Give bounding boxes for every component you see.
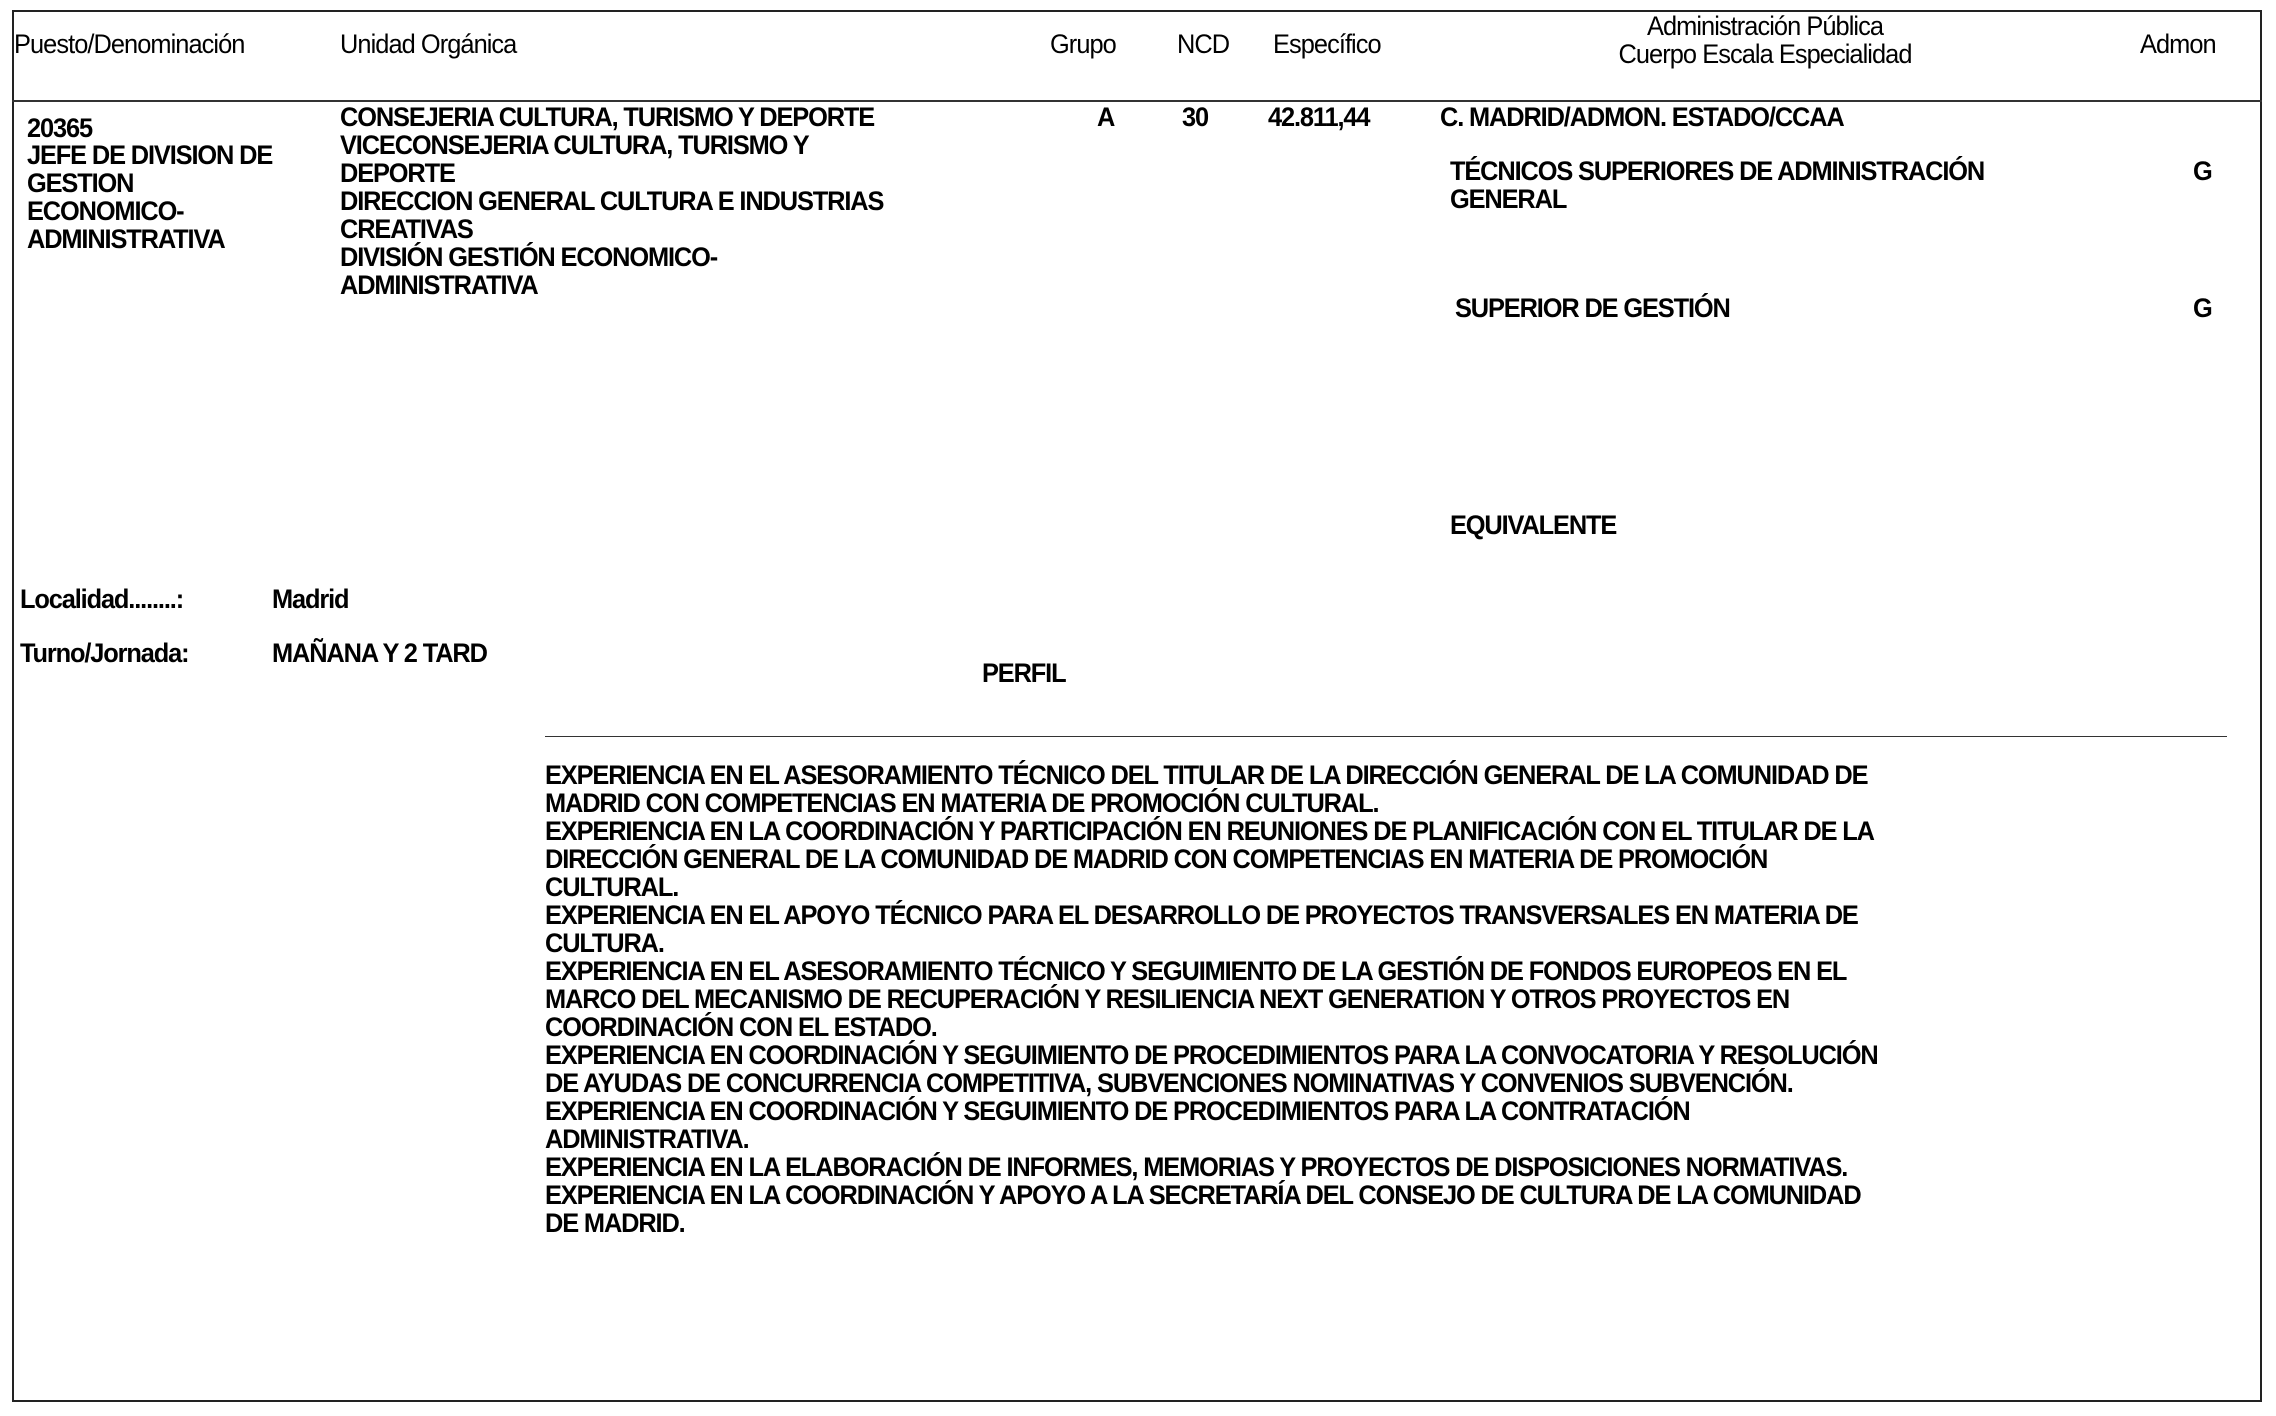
perfil-title: PERFIL xyxy=(982,659,1065,687)
puesto-codigo: 20365 xyxy=(27,114,92,142)
especifico-value: 42.811,44 xyxy=(1268,103,1369,131)
header-ncd: NCD xyxy=(1177,30,1229,58)
header-especifico: Específico xyxy=(1273,30,1381,58)
header-cuerpo-escala: Cuerpo Escala Especialidad xyxy=(1554,40,1977,68)
header-administracion-publica: Administración Pública xyxy=(1554,12,1977,40)
administracion-value: C. MADRID/ADMON. ESTADO/CCAA xyxy=(1440,103,1844,131)
header-unidad: Unidad Orgánica xyxy=(340,30,516,58)
unidad-organica: CONSEJERIA CULTURA, TURISMO Y DEPORTE VI… xyxy=(340,103,883,299)
puesto-denominacion: JEFE DE DIVISION DE GESTION ECONOMICO- A… xyxy=(27,141,272,253)
ncd-value: 30 xyxy=(1182,103,1208,131)
localidad-value: Madrid xyxy=(272,585,348,613)
perfil-text: EXPERIENCIA EN EL ASESORAMIENTO TÉCNICO … xyxy=(545,761,1878,1237)
perfil-divider xyxy=(545,736,2227,737)
grupo-value: A xyxy=(1097,103,1114,131)
localidad-label: Localidad........: xyxy=(20,585,183,613)
cuerpo-admon: G xyxy=(2193,157,2212,185)
cuerpo-admon: G xyxy=(2193,294,2212,322)
header-puesto: Puesto/Denominación xyxy=(14,30,244,58)
turno-value: MAÑANA Y 2 TARD xyxy=(272,639,487,667)
cuerpo-item: EQUIVALENTE xyxy=(1450,511,1616,539)
cuerpo-item: SUPERIOR DE GESTIÓN xyxy=(1455,294,1730,322)
header-grupo: Grupo xyxy=(1050,30,1116,58)
turno-label: Turno/Jornada: xyxy=(20,639,188,667)
cuerpo-item: TÉCNICOS SUPERIORES DE ADMINISTRACIÓN GE… xyxy=(1450,157,1984,213)
header-admon: Admon xyxy=(2140,30,2216,58)
